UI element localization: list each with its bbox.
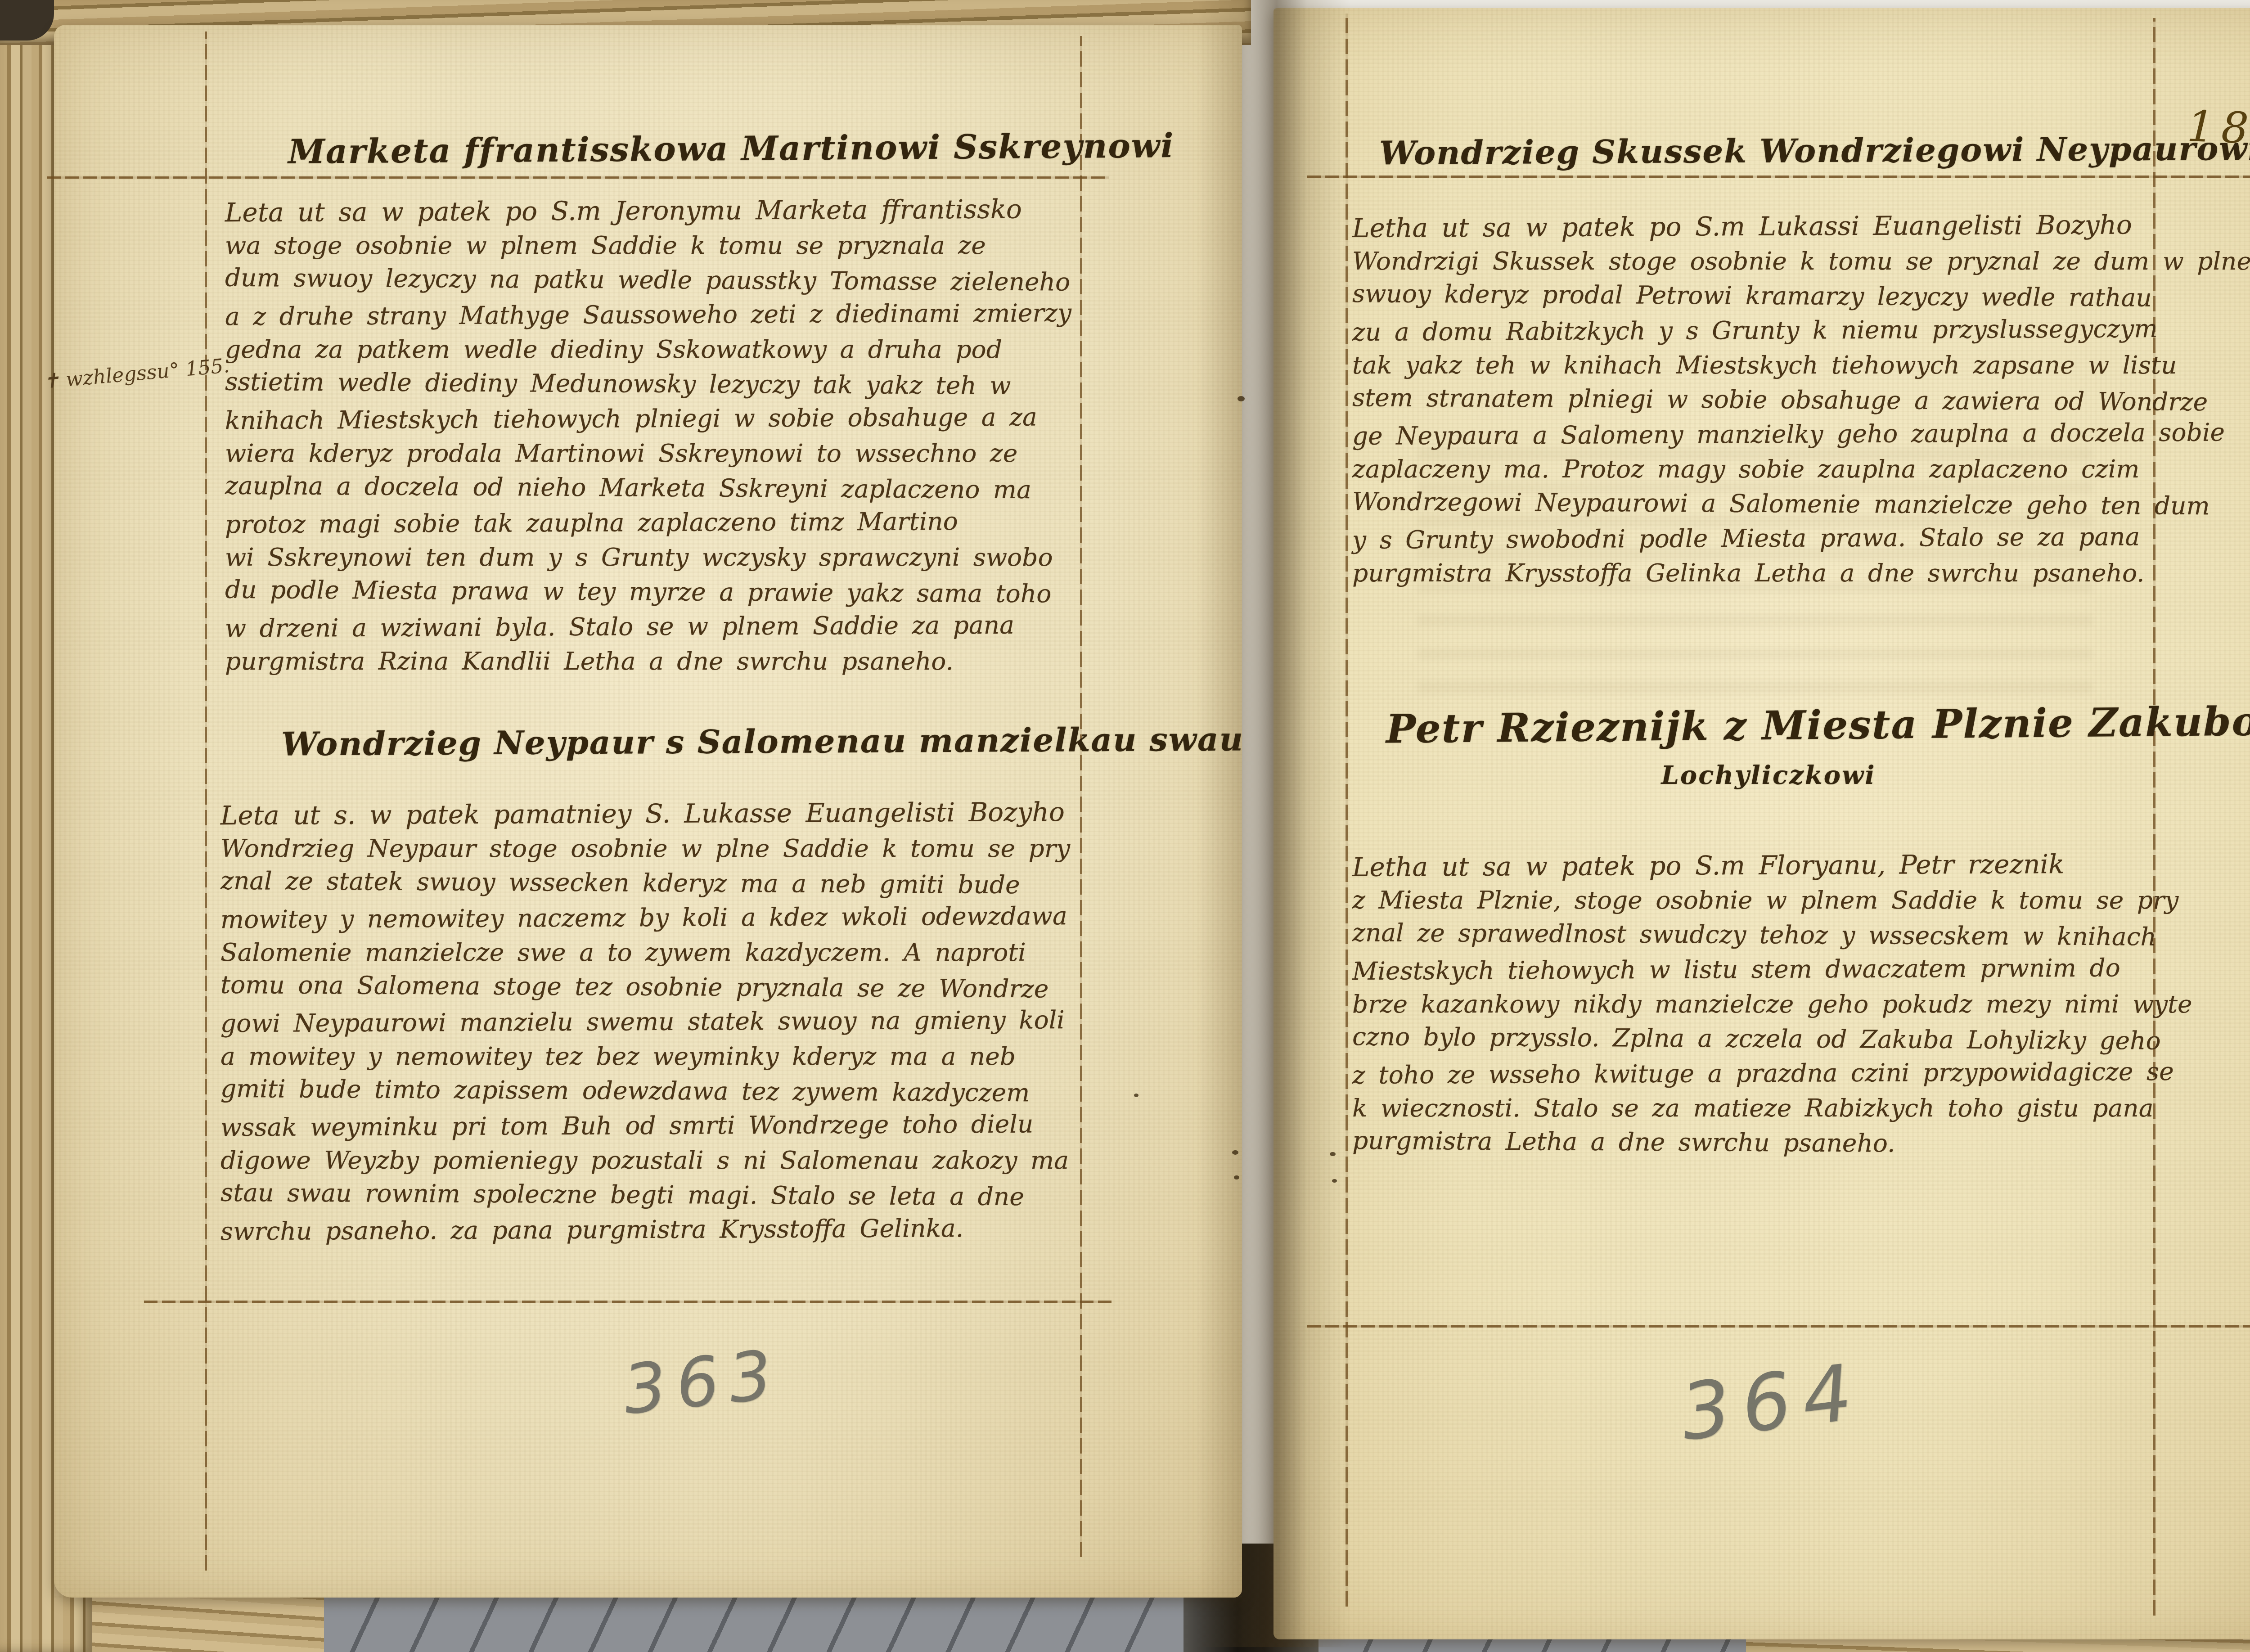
ink-speck [1237,396,1245,401]
manuscript-line: gedna za patkem wedle diediny Sskowatkow… [225,332,1107,367]
ink-speck [1234,1175,1239,1179]
manuscript-line: swrchu psaneho. za pana purgmistra Kryss… [220,1211,1102,1249]
manuscript-line: digowe Weyzby pomieniegy pozustali s ni … [220,1143,1102,1178]
left-heading-2: Wondrzieg Neypaur s Salomenau manzielkau… [281,720,1244,763]
manuscript-line: Wondrzigi Skussek stoge osobnie k tomu s… [1352,244,2162,279]
right-heading-1: Wondrzieg Skussek Wondrziegowi Neypaurow… [1379,129,2250,172]
manuscript-line: Wondrzieg Neypaur stoge osobnie w plne S… [220,831,1102,866]
manuscript-line: stau swau rownim spoleczne begti magi. S… [220,1175,1102,1215]
manuscript-line: purgmistra Krysstoffa Gelinka Letha a dn… [1352,556,2162,590]
manuscript-line: wa stoge osobnie w plnem Saddie k tomu s… [225,228,1107,263]
manuscript-line: sstietim wedle diediny Medunowsky lezycz… [225,365,1107,404]
right-heading-2-subline: Lochyliczkowi [1386,761,2151,790]
manuscript-line: protoz magi sobie tak zauplna zaplaczeno… [225,504,1107,542]
right-paragraph-1: Letha ut sa w patek po S.m Lukassi Euang… [1352,209,2162,590]
manuscript-line: Leta ut s. w patek pamatniey S. Lukasse … [220,795,1102,833]
manuscript-line: ge Neypaura a Salomeny manzielky geho za… [1352,415,2162,454]
left-paragraph-2: Leta ut s. w patek pamatniey S. Lukasse … [220,797,1102,1247]
manuscript-line: brze kazankowy nikdy manzielcze geho pok… [1352,987,2162,1022]
ink-speck [1332,1179,1337,1183]
right-page-left-margin-rule [1345,14,1348,1607]
right-heading-2: Petr Rzieznijk z Miesta Plznie Zakubowi [1386,699,2151,752]
left-paragraph-1: Leta ut sa w patek po S.m Jeronymu Marke… [225,194,1107,679]
manuscript-line: gowi Neypaurowi manzielu swemu statek sw… [220,1003,1102,1041]
manuscript-line: purgmistra Letha a dne swrchu psaneho. [1352,1123,2162,1162]
left-page-footer-rule [144,1301,1111,1303]
manuscript-line: znal ze statek swuoy wssecken kderyz ma … [220,864,1102,903]
ink-speck [1232,1150,1238,1155]
manuscript-line: zu a domu Rabitzkych y s Grunty k niemu … [1352,311,2162,350]
right-page-footer-rule [1307,1325,2250,1328]
manuscript-line: Letha ut sa w patek po S.m Floryanu, Pet… [1352,846,2162,885]
manuscript-line: z toho ze wsseho kwituge a prazdna czini… [1352,1054,2162,1093]
manuscript-line: wssak weyminku pri tom Buh od smrti Wond… [220,1107,1102,1145]
manuscript-line: Miestskych tiehowych w listu stem dwacza… [1352,950,2162,989]
manuscript-line: tak yakz teh w knihach Miestskych tiehow… [1352,348,2162,383]
manuscript-line: stem stranatem plniegi w sobie obsahuge … [1352,380,2162,419]
manuscript-line: a mowitey y nemowitey tez bez weyminky k… [220,1039,1102,1074]
manuscript-line: wiera kderyz prodala Martinowi Sskreynow… [225,436,1107,471]
manuscript-line: dum swuoy lezyczy na patku wedle pausstk… [225,261,1107,300]
manuscript-line: zauplna a doczela od nieho Marketa Sskre… [225,468,1107,508]
ink-speck [1134,1094,1138,1097]
left-page-left-margin-rule [205,32,207,1571]
pencil-page-number-363: 363 [620,1335,786,1430]
manuscript-line: w drzeni a wziwani byla. Stalo se w plne… [225,608,1107,646]
manuscript-line: czno bylo przysslo. Zplna a zczela od Za… [1352,1019,2162,1058]
manuscript-line: y s Grunty swobodni podle Miesta prawa. … [1352,519,2162,558]
manuscript-line: purgmistra Rzina Kandlii Letha a dne swr… [225,644,1107,679]
manuscript-line: du podle Miesta prawa w tey myrze a praw… [225,572,1107,612]
manuscript-line: tomu ona Salomena stoge tez osobnie pryz… [220,968,1102,1007]
manuscript-line: z Miesta Plznie, stoge osobnie w plnem S… [1352,883,2162,918]
manuscript-line: gmiti bude timto zapissem odewzdawa tez … [220,1071,1102,1111]
right-page-header-rule [1307,176,2250,178]
manuscript-line: znal ze sprawedlnost swudczy tehoz y wss… [1352,915,2162,954]
manuscript-line: a z druhe strany Mathyge Saussoweho zeti… [225,296,1107,334]
manuscript-line: knihach Miestskych tiehowych plniegi w s… [225,400,1107,438]
manuscript-line: mowitey y nemowitey naczemz by koli a kd… [220,899,1102,937]
manuscript-line: wi Sskreynowi ten dum y s Grunty wczysky… [225,540,1107,575]
manuscript-line: k wiecznosti. Stalo se za matieze Rabizk… [1352,1091,2162,1125]
ink-speck [1330,1152,1336,1156]
manuscript-line: zaplaczeny ma. Protoz magy sobie zauplna… [1352,452,2162,486]
folio-number: 187 [2186,102,2250,155]
manuscript-line: Leta ut sa w patek po S.m Jeronymu Marke… [225,192,1107,230]
manuscript-line: Letha ut sa w patek po S.m Lukassi Euang… [1352,207,2162,246]
left-heading-1: Marketa ffrantisskowa Martinowi Sskreyno… [288,126,1174,171]
manuscript-line: Wondrzegowi Neypaurowi a Salomenie manzi… [1352,484,2162,523]
right-paragraph-2: Letha ut sa w patek po S.m Floryanu, Pet… [1352,848,2162,1160]
left-page-header-rule [47,176,1109,179]
manuscript-line: swuoy kderyz prodal Petrowi kramarzy lez… [1352,276,2162,315]
manuscript-line: Salomenie manzielcze swe a to zywem kazd… [220,935,1102,970]
